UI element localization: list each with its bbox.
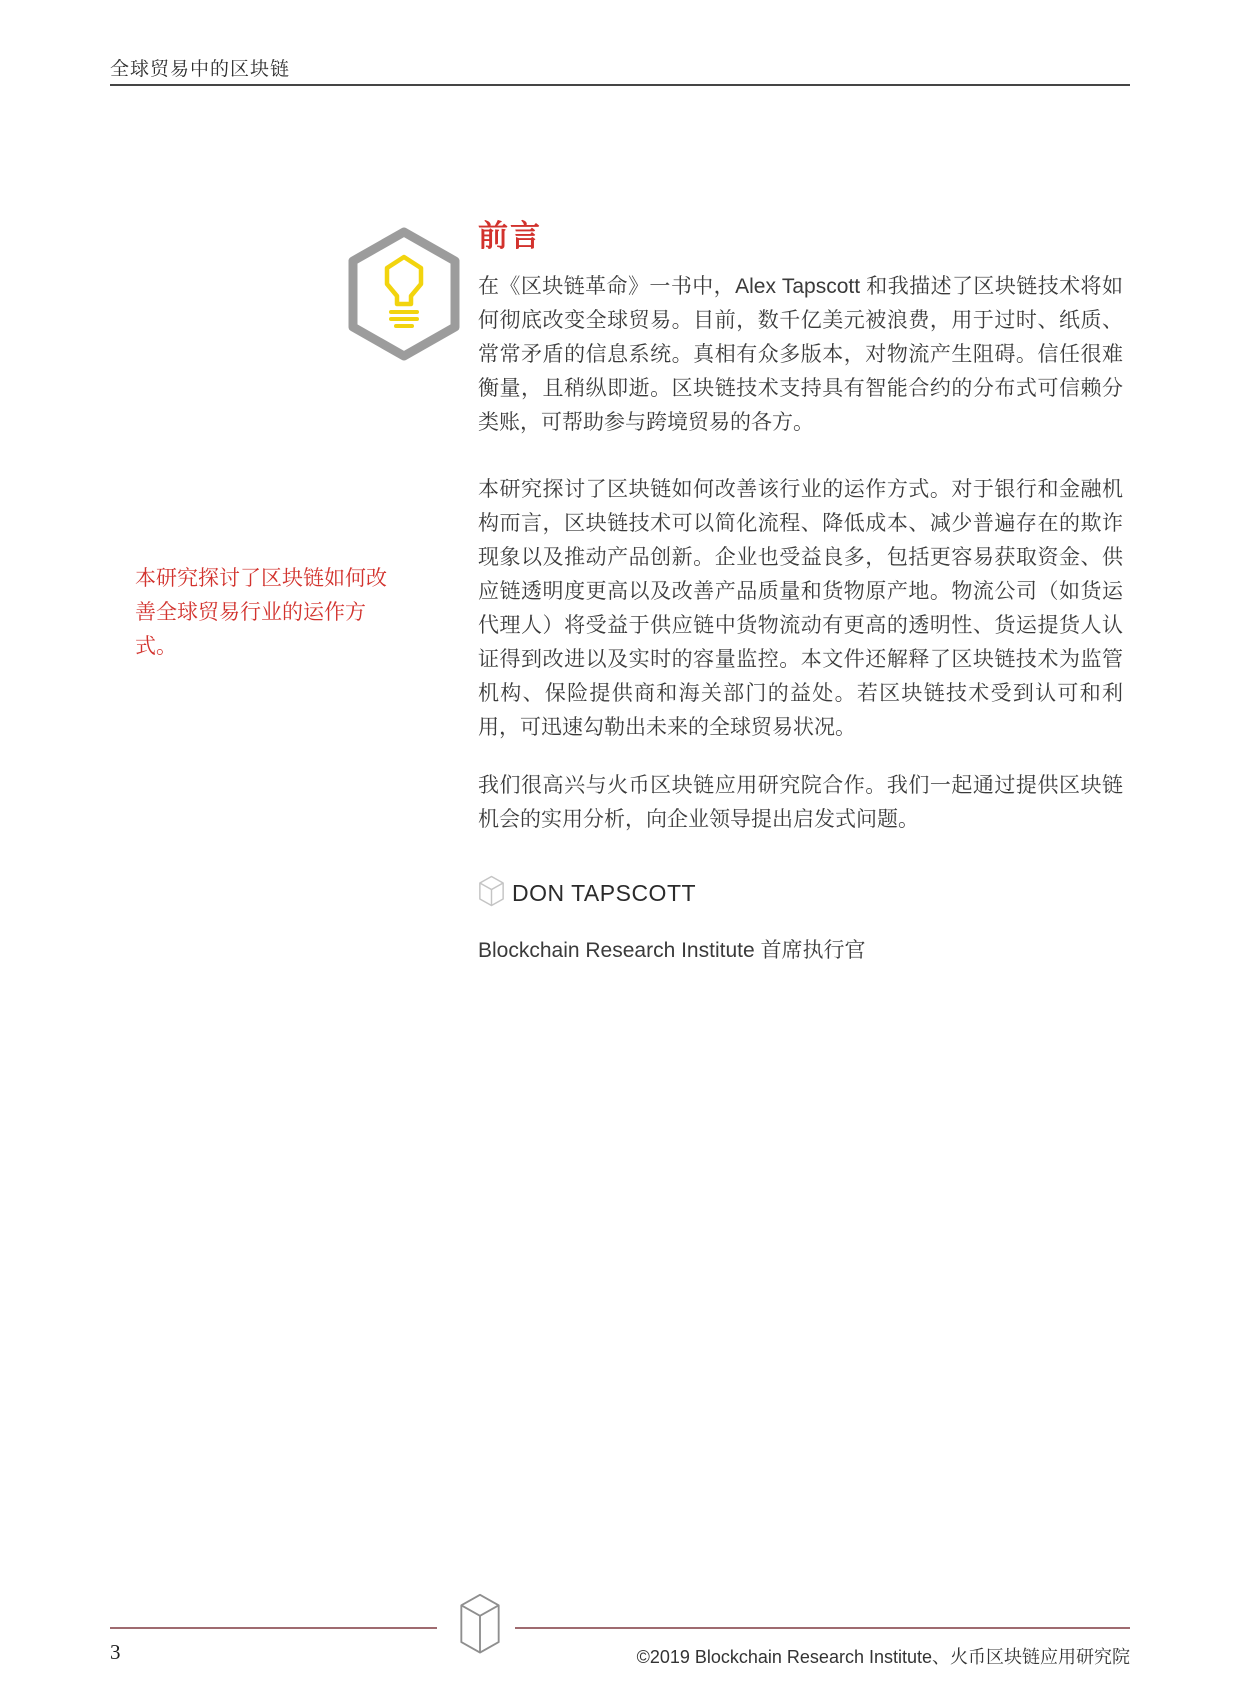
paragraph: 本研究探讨了区块链如何改善该行业的运作方式。对于银行和金融机构而言，区块链技术可… — [478, 473, 1123, 745]
paragraph: 我们很高兴与火币区块链应用研究院合作。我们一起通过提供区块链机会的实用分析，向企… — [478, 769, 1123, 837]
paragraph: 在《区块链革命》一书中，Alex Tapscott 和我描述了区块链技术将如何彻… — [478, 270, 1123, 440]
page-number: 3 — [110, 1640, 121, 1665]
section-title: 前言 — [478, 220, 1123, 254]
author-name: DON TAPSCOTT — [512, 880, 696, 907]
lightbulb-hexagon-icon — [345, 226, 463, 362]
footer-divider-left — [110, 1627, 437, 1629]
author-role: Blockchain Research Institute 首席执行官 — [478, 934, 1123, 964]
pull-quote: 本研究探讨了区块链如何改善全球贸易行业的运作方式。 — [135, 562, 393, 664]
copyright-text: ©2019 Blockchain Research Institute、火币区块… — [637, 1643, 1130, 1669]
header-divider — [110, 84, 1130, 86]
footer-cube-icon — [459, 1593, 501, 1660]
author-signature: DON TAPSCOTT — [478, 875, 1123, 912]
document-page: 全球贸易中的区块链 本研究探讨了区块链如何改善全球贸易行业的运作方式。 前言 在… — [0, 0, 1240, 1693]
footer-divider-right — [515, 1627, 1130, 1629]
cube-icon — [478, 875, 505, 912]
running-header-title: 全球贸易中的区块链 — [110, 54, 290, 81]
foreword-section: 前言 在《区块链革命》一书中，Alex Tapscott 和我描述了区块链技术将… — [478, 220, 1123, 964]
